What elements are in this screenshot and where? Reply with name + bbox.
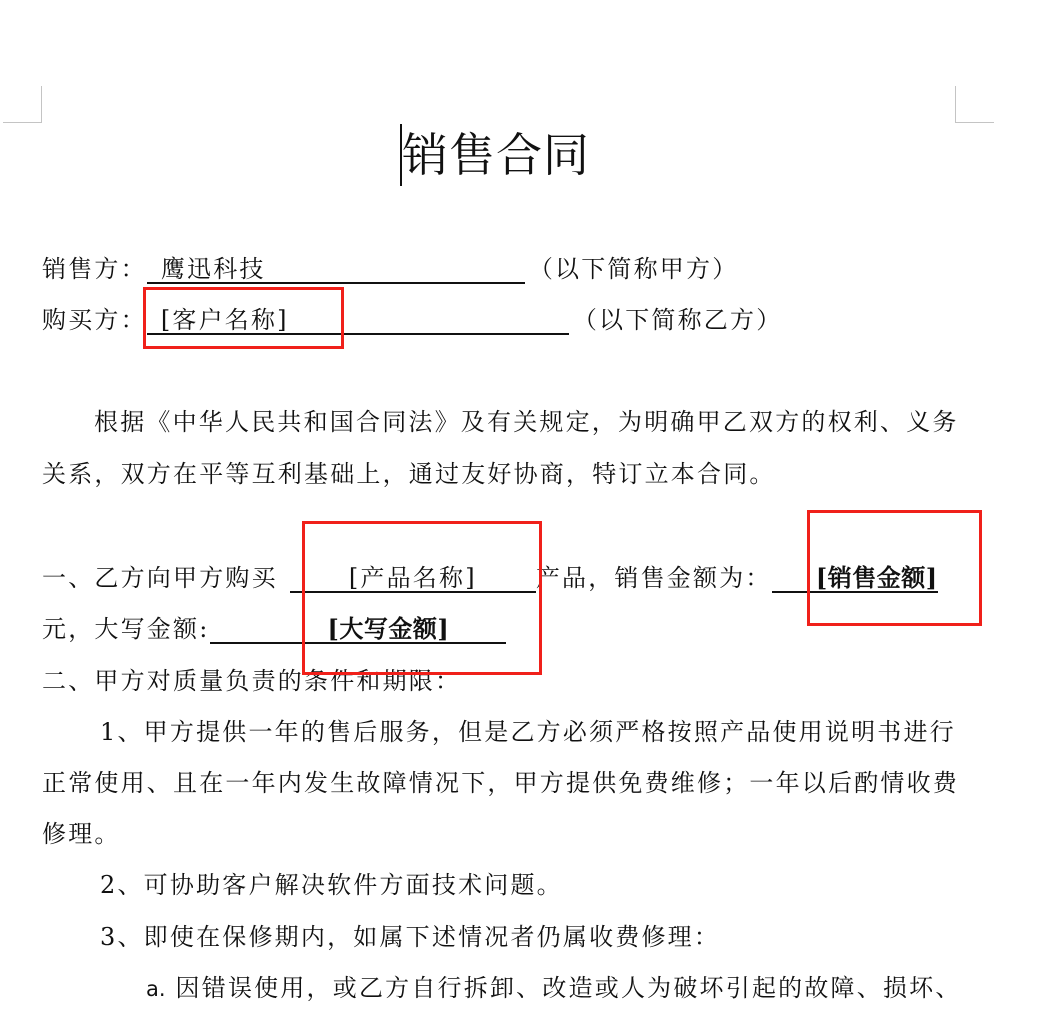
seller-name-field[interactable]: 鹰迅科技 <box>147 256 525 284</box>
product-name-field[interactable]: [产品名称] <box>290 565 536 593</box>
clause2-item1-line1: 1、甲方提供一年的售后服务，但是乙方必须严格按照产品使用说明书进行 <box>100 717 956 747</box>
clause2-item1-line3: 修理。 <box>42 819 121 849</box>
margin-corner-top-left <box>3 86 42 123</box>
clause1-line2-prefix: 元，大写金额: <box>42 615 210 643</box>
clause2-item3: 3、即使在保修期内，如属下述情况者仍属收费修理： <box>100 922 720 952</box>
highlight-box-product-amount-words <box>302 521 542 675</box>
document-page[interactable]: 销售合同 销售方：鹰迅科技（以下简称甲方） 购买方：[客户名称]（以下简称乙方）… <box>0 0 1052 1015</box>
amount-words-value: [大写金额] <box>210 614 450 643</box>
seller-label: 销售方： <box>42 255 147 283</box>
buyer-label: 购买方： <box>42 306 147 334</box>
buyer-name-field[interactable]: [客户名称] <box>147 307 569 335</box>
clause2-item2: 2、可协助客户解决软件方面技术问题。 <box>100 870 563 900</box>
product-name-value: [产品名称] <box>349 564 477 592</box>
clause1-prefix: 一、乙方向甲方购买 <box>42 564 278 592</box>
seller-line: 销售方：鹰迅科技（以下简称甲方） <box>42 254 738 284</box>
preamble-line-2: 关系，双方在平等互利基础上，通过友好协商，特订立本合同。 <box>42 459 776 489</box>
buyer-name-value: [客户名称] <box>147 306 289 334</box>
seller-suffix: （以下简称甲方） <box>525 255 739 283</box>
preamble-line-1: 根据《中华人民共和国合同法》及有关规定，为明确甲乙双方的权利、义务 <box>94 407 959 437</box>
sales-amount-field[interactable]: [销售金额] <box>772 565 938 593</box>
clause1-line-2: 元，大写金额:[大写金额] <box>42 614 506 644</box>
amount-words-field[interactable]: [大写金额] <box>210 616 506 644</box>
clause1-line-1: 一、乙方向甲方购买[产品名称]产品，销售金额为：[销售金额] <box>42 563 938 593</box>
sales-amount-value: [销售金额] <box>816 563 938 592</box>
item3a-marker: a. <box>146 977 166 1001</box>
clause1-middle: 产品，销售金额为： <box>536 564 772 592</box>
margin-corner-top-right <box>955 86 994 123</box>
clause2-item1-line2: 正常使用、且在一年内发生故障情况下，甲方提供免费维修；一年以后酌情收费 <box>42 768 959 798</box>
buyer-line: 购买方：[客户名称]（以下简称乙方） <box>42 305 782 335</box>
buyer-suffix: （以下简称乙方） <box>569 306 783 334</box>
document-title[interactable]: 销售合同 <box>402 126 590 184</box>
clause2-item3a: a.因错误使用，或乙方自行拆卸、改造或人为破坏引起的故障、损坏、 <box>146 973 962 1004</box>
item3a-text: 因错误使用，或乙方自行拆卸、改造或人为破坏引起的故障、损坏、 <box>166 974 962 1002</box>
clause2-heading: 二、甲方对质量负责的条件和期限： <box>42 666 461 696</box>
seller-name-value: 鹰迅科技 <box>147 255 266 283</box>
